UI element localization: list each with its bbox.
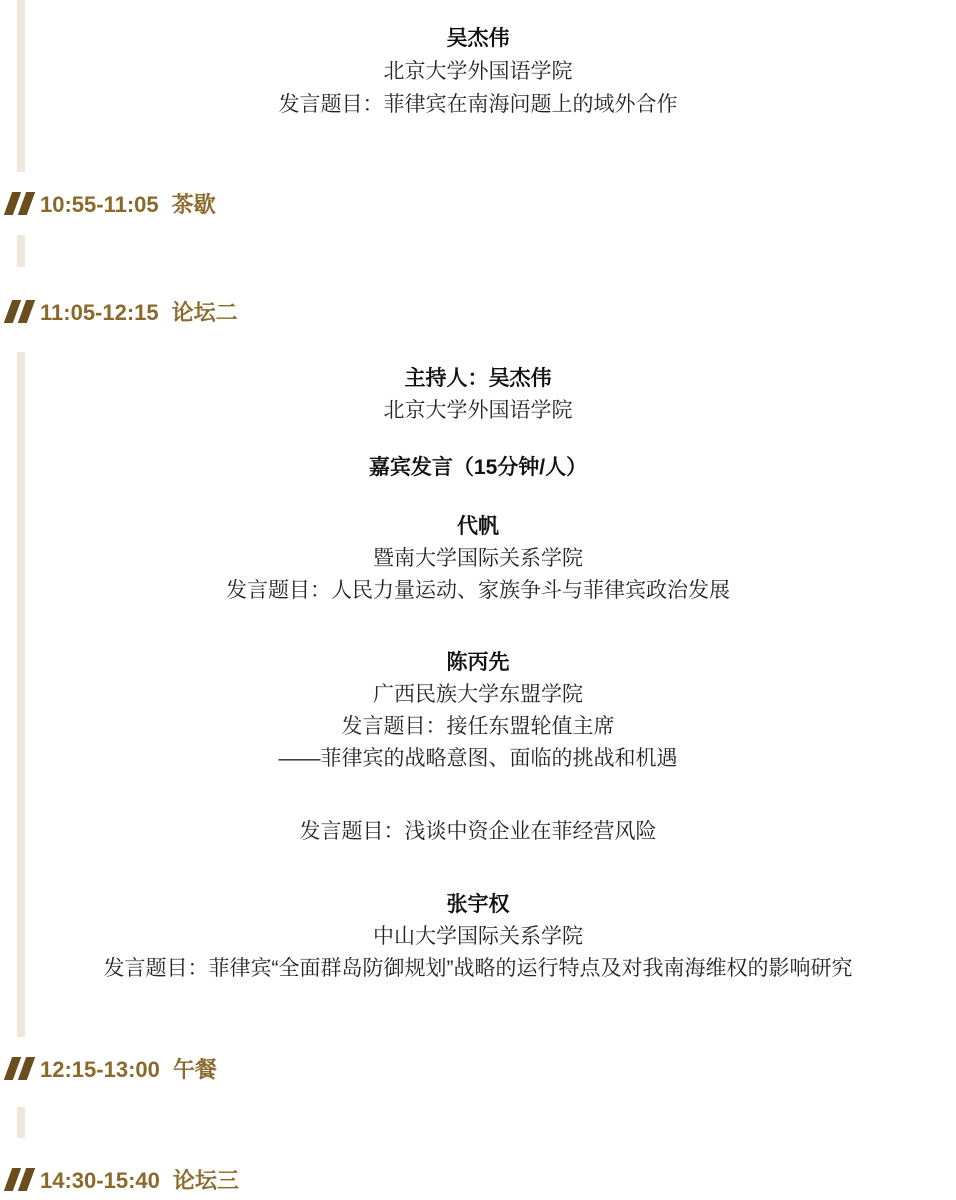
speaker-topic: 发言题目：菲律宾“全面群岛防御规划”战略的运行特点及对我南海维权的影响研究 [0, 953, 956, 985]
double-slash-icon [8, 1168, 31, 1200]
speaker-affiliation: 中山大学国际关系学院 [0, 921, 956, 953]
moderator-block: 主持人：吴杰伟 北京大学外国语学院 [0, 363, 956, 427]
session-header-lunch: 12:15-13:00午餐 [8, 1054, 217, 1086]
speaker-affiliation: 广西民族大学东盟学院 [0, 679, 956, 711]
session-label: 午餐 [173, 1057, 217, 1082]
speaker-block: 代帆 暨南大学国际关系学院 发言题目：人民力量运动、家族争斗与菲律宾政治发展 [0, 511, 956, 607]
session-subheading: 嘉宾发言（15分钟/人） [0, 452, 956, 484]
speaker-name: 吴杰伟 [0, 22, 956, 55]
speaker-affiliation: 暨南大学国际关系学院 [0, 543, 956, 575]
session-label: 论坛二 [172, 300, 238, 325]
speaker-block-intro: 吴杰伟 北京大学外国语学院 发言题目：菲律宾在南海问题上的域外合作 [0, 22, 956, 121]
agenda-page: 吴杰伟 北京大学外国语学院 发言题目：菲律宾在南海问题上的域外合作 10:55-… [0, 0, 956, 1200]
moderator-affiliation: 北京大学外国语学院 [0, 395, 956, 427]
speaker-topic: 发言题目：接任东盟轮值主席 [0, 711, 956, 743]
session-time: 12:15-13:00 [40, 1057, 160, 1082]
moderator-line: 主持人：吴杰伟 [0, 363, 956, 395]
session-time: 10:55-11:05 [40, 192, 159, 217]
session-header-forum-3: 14:30-15:40论坛三 [8, 1165, 239, 1197]
speaker-name: 代帆 [0, 511, 956, 543]
session-label: 茶歇 [172, 192, 216, 217]
session-label: 论坛三 [173, 1168, 239, 1193]
speaker-name: 陈丙先 [0, 647, 956, 679]
speaker-affiliation: 北京大学外国语学院 [0, 55, 956, 88]
session-time: 11:05-12:15 [40, 300, 159, 325]
speaker-block: 发言题目：浅谈中资企业在菲经营风险 [0, 816, 956, 848]
double-slash-icon [8, 1057, 31, 1089]
speaker-topic: 发言题目：浅谈中资企业在菲经营风险 [0, 816, 956, 848]
speaker-name: 张宇权 [0, 889, 956, 921]
session-header-forum-2: 11:05-12:15论坛二 [8, 297, 238, 329]
double-slash-icon [8, 300, 31, 332]
speaker-topic: 发言题目：人民力量运动、家族争斗与菲律宾政治发展 [0, 575, 956, 607]
speaker-topic: 发言题目：菲律宾在南海问题上的域外合作 [0, 88, 956, 121]
speaker-block: 陈丙先 广西民族大学东盟学院 发言题目：接任东盟轮值主席 ——菲律宾的战略意图、… [0, 647, 956, 775]
double-slash-icon [8, 192, 31, 224]
session-header-tea-break: 10:55-11:05茶歇 [8, 189, 216, 221]
speaker-block: 张宇权 中山大学国际关系学院 发言题目：菲律宾“全面群岛防御规划”战略的运行特点… [0, 889, 956, 985]
session-time: 14:30-15:40 [40, 1168, 160, 1193]
speaker-topic-subtitle: ——菲律宾的战略意图、面临的挑战和机遇 [0, 743, 956, 775]
session-subheading-wrap: 嘉宾发言（15分钟/人） [0, 452, 956, 484]
timeline-bar-stub [17, 1107, 25, 1138]
timeline-bar-stub [17, 235, 25, 267]
